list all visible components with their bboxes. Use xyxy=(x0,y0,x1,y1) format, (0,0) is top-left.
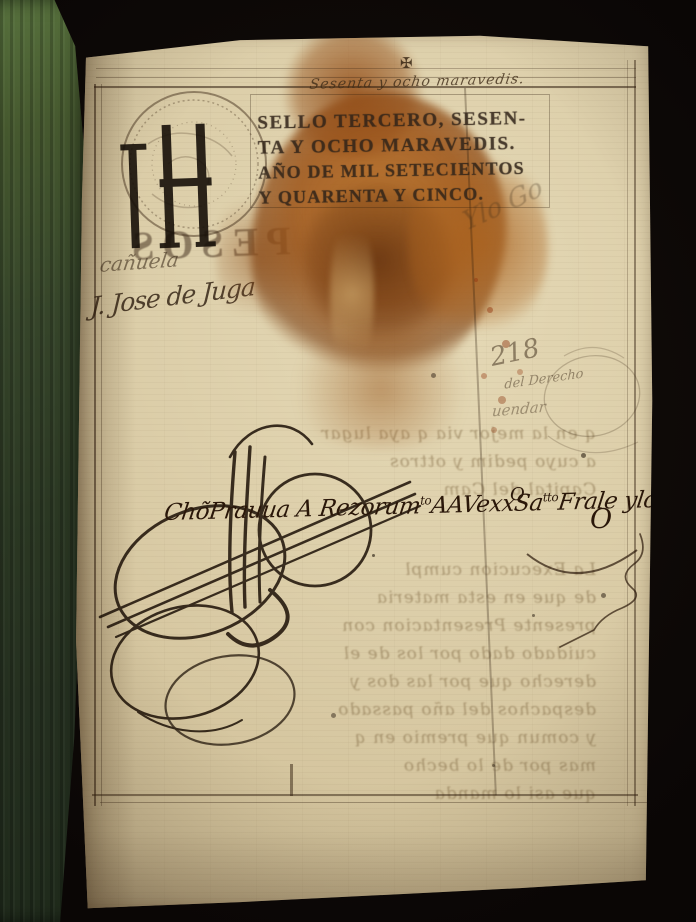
signature-script: J. Jose de Juga xyxy=(90,272,256,322)
frame-corner-tick xyxy=(290,764,293,796)
paraph-flourish xyxy=(552,522,656,658)
overscript-o-small: O xyxy=(510,484,525,505)
main-line-part-c: Frale yloinuerma Zl xyxy=(557,484,696,516)
cross-mark-icon: ✠ xyxy=(400,54,413,72)
margin-loop-flourish xyxy=(534,326,652,476)
royal-seal-icon xyxy=(108,84,280,256)
frame-top-rule-a xyxy=(96,68,636,69)
main-line-part-b: AAVexxSa xyxy=(430,490,545,519)
bleed-line: mas por de lo becho xyxy=(203,752,598,780)
stain-speckles xyxy=(474,278,478,282)
frame-bottom-rule-2 xyxy=(100,802,652,803)
stamp-header-script: Sesenta y ocho maravedis. xyxy=(308,71,526,93)
main-line-sup-b: tto xyxy=(543,490,559,504)
manuscript-page: q en la mejor via q aya lugar a cuyo ped… xyxy=(72,34,654,910)
seal-overstamp-bars xyxy=(120,123,216,249)
stamp-line: AÑO DE MIL SETECIENTOS xyxy=(258,155,558,185)
stain-blob xyxy=(330,210,374,378)
photo-background: q en la mejor via q aya lugar a cuyo ped… xyxy=(0,0,696,922)
ink-dots xyxy=(372,554,375,557)
calligraphic-flourish xyxy=(80,412,432,744)
frame-bottom-rule xyxy=(92,794,638,796)
